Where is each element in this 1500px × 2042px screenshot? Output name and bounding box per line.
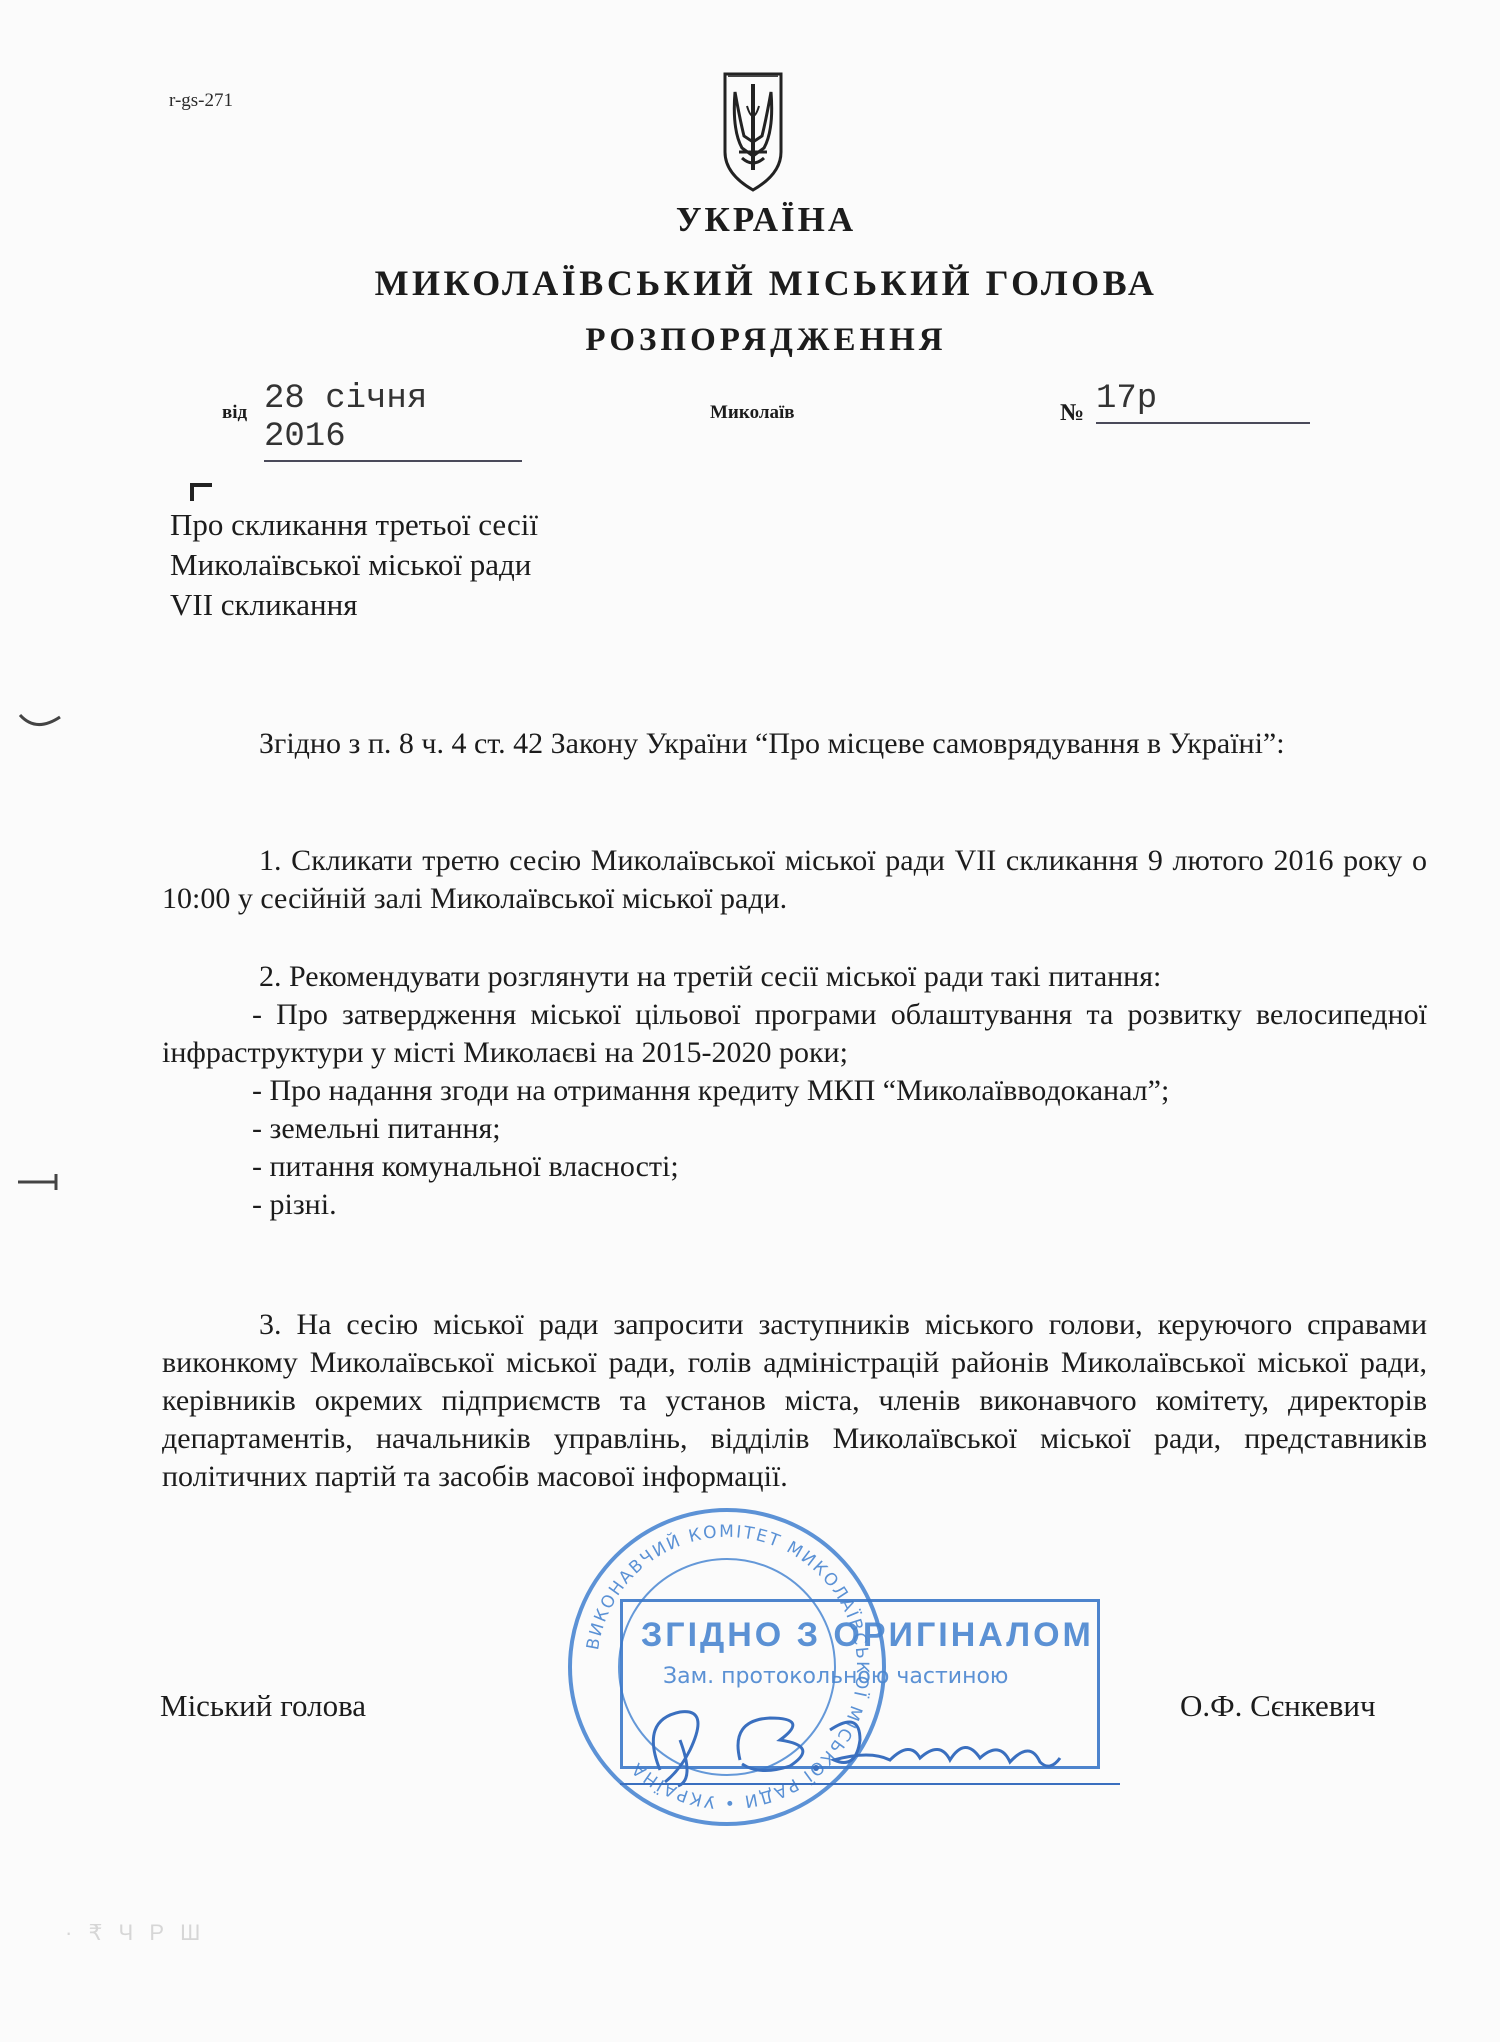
city-label: Миколаїв [710,402,795,424]
handwritten-signature [620,1700,1140,1790]
preamble: Згідно з п. 8 ч. 4 ст. 42 Закону України… [162,725,1427,763]
stamp-subtitle: Зам. протокольною частиною [663,1664,1008,1689]
number-label: № [1060,400,1084,427]
coat-of-arms-icon [722,70,784,192]
document-code: r-gs-271 [169,90,233,112]
document-meta-row: від 28 січня 2016 Миколаїв № 17р [0,380,1500,440]
clause-1-text: 1. Скликати третю сесію Миколаївської мі… [162,842,1427,918]
agenda-item: - Про затвердження міської цільової прог… [162,996,1427,1072]
agenda-item: - різні. [162,1186,1427,1224]
country-heading: УКРАЇНА [0,200,1500,240]
document-title: Про скликання третьої сесії Миколаївсько… [170,505,538,625]
agenda-item: - земельні питання; [162,1110,1427,1148]
stamp-title: ЗГІДНО З ОРИГІНАЛОМ [641,1616,1094,1655]
issuer-heading: МИКОЛАЇВСЬКИЙ МІСЬКИЙ ГОЛОВА [0,262,1500,304]
title-line: Про скликання третьої сесії [170,505,538,545]
date-value: 28 січня 2016 [264,380,522,462]
faint-stamp-mark: · ₹ Ч Р Ш [65,1920,205,1946]
date-label: від [222,402,247,424]
title-line: VII скликання [170,585,538,625]
margin-mark [16,705,66,740]
agenda-item: - Про надання згоди на отримання кредиту… [162,1072,1427,1110]
title-corner-mark [190,483,212,501]
clause-3-text: 3. На сесію міської ради запросити засту… [162,1306,1427,1496]
signatory-position: Міський голова [160,1688,366,1724]
title-line: Миколаївської міської ради [170,545,538,585]
margin-mark [14,1170,64,1197]
clause-3: 3. На сесію міської ради запросити засту… [162,1306,1427,1496]
clause-2-intro: 2. Рекомендувати розглянути на третій се… [162,958,1427,996]
number-value: 17р [1096,380,1310,424]
document-type-heading: РОЗПОРЯДЖЕННЯ [0,322,1500,359]
clause-1: 1. Скликати третю сесію Миколаївської мі… [162,842,1427,918]
preamble-text: Згідно з п. 8 ч. 4 ст. 42 Закону України… [162,725,1427,763]
clause-2: 2. Рекомендувати розглянути на третій се… [162,958,1427,1224]
signatory-name: О.Ф. Сєнкевич [1180,1688,1376,1724]
agenda-item: - питання комунальної власності; [162,1148,1427,1186]
